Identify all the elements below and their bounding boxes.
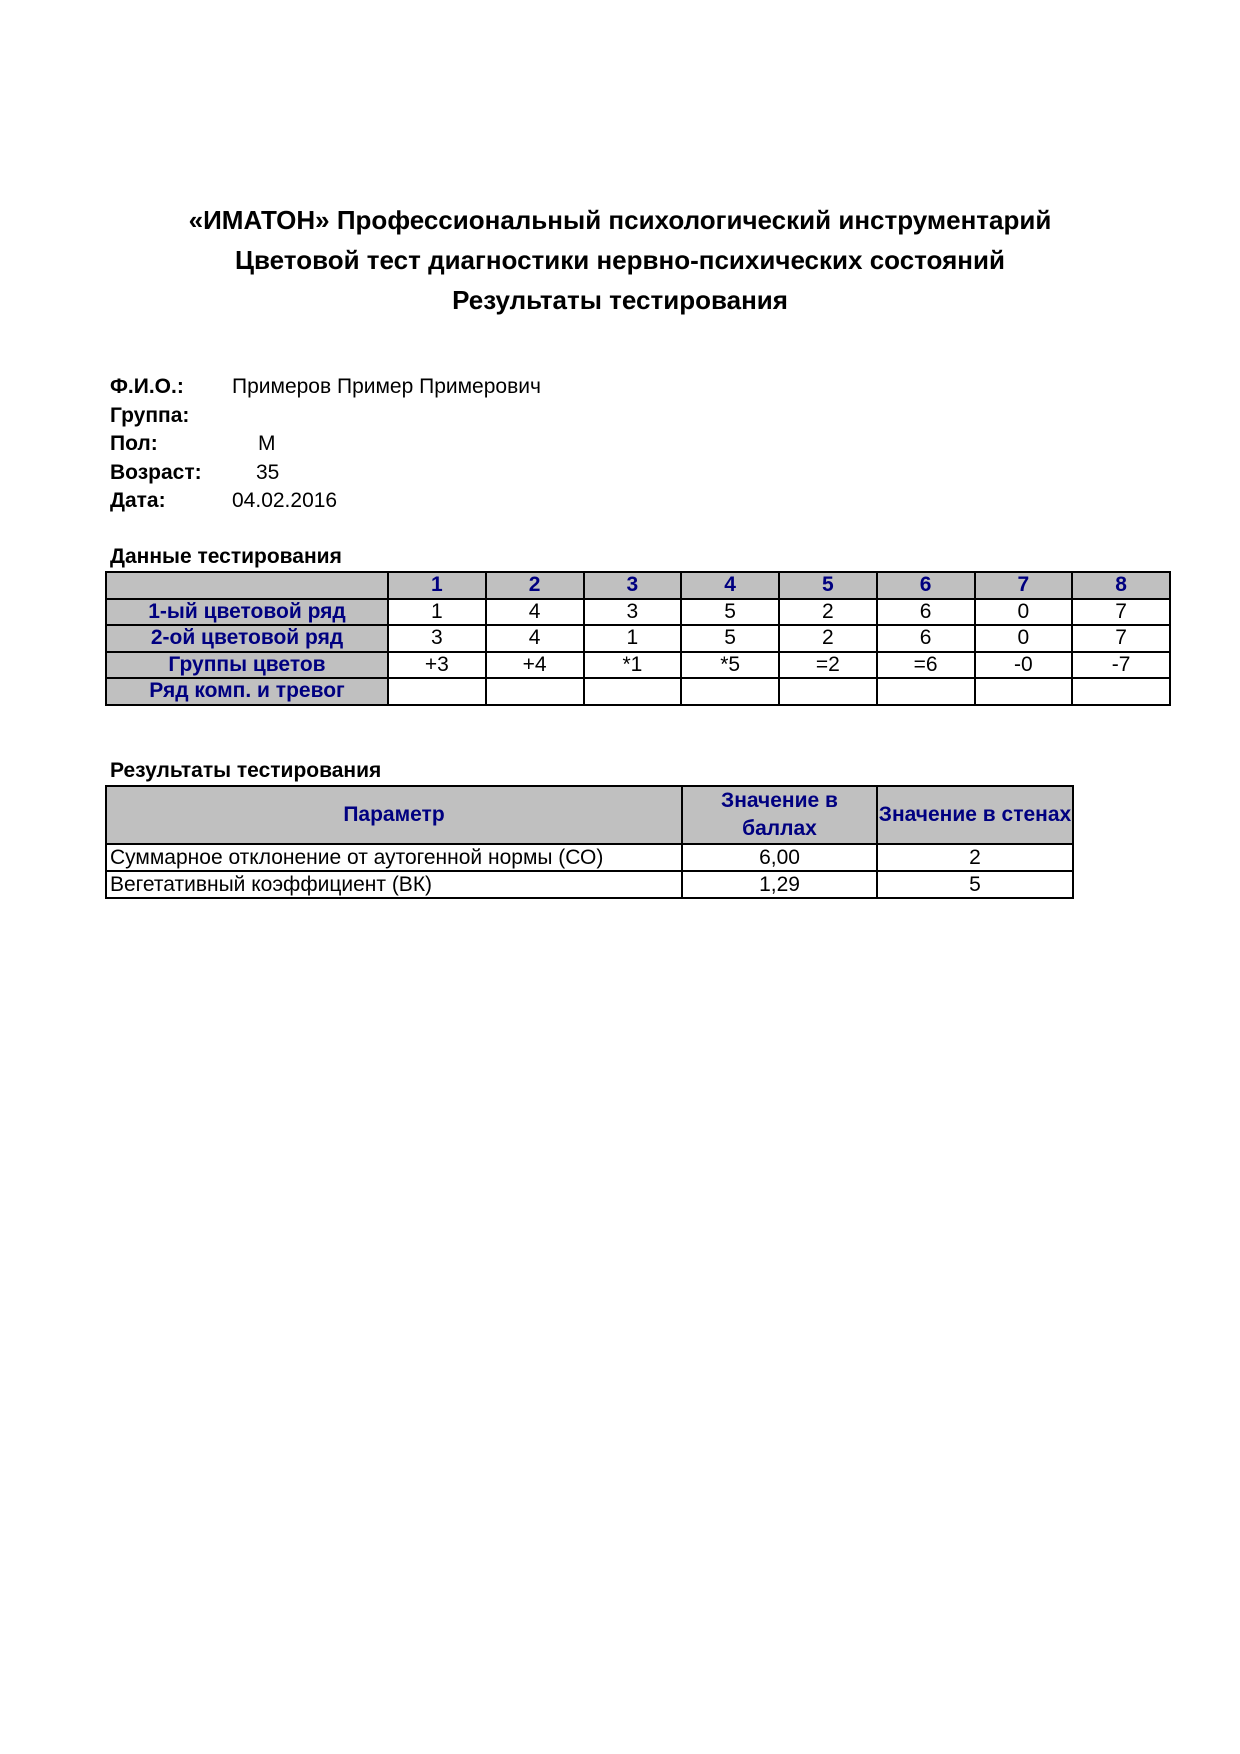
header-parameter: Параметр: [106, 786, 682, 844]
column-header: 4: [681, 572, 779, 599]
data-cell: 0: [975, 625, 1073, 652]
results-title: Результаты тестирования: [110, 759, 381, 783]
column-header: 8: [1072, 572, 1170, 599]
data-cell: 0: [975, 599, 1073, 626]
table-row: Группы цветов+3+4*1*5=2=6-0-7: [106, 652, 1170, 679]
table-row: 1-ый цветовой ряд14352607: [106, 599, 1170, 626]
fio-value: Примеров Пример Примерович: [232, 373, 541, 402]
column-header: 1: [388, 572, 486, 599]
results-table: Параметр Значение в баллах Значение в ст…: [105, 785, 1074, 899]
table-row: Ряд комп. и тревог: [106, 678, 1170, 705]
data-cell: +3: [388, 652, 486, 679]
data-cell: 3: [388, 625, 486, 652]
age-label: Возраст:: [110, 459, 202, 488]
row-label: Ряд комп. и тревог: [106, 678, 388, 705]
data-cell: 7: [1072, 625, 1170, 652]
row-label: 2-ой цветовой ряд: [106, 625, 388, 652]
test-data-table: 123456781-ый цветовой ряд143526072-ой цв…: [105, 571, 1171, 706]
data-cell: [584, 678, 682, 705]
column-header: 2: [486, 572, 584, 599]
data-cell: 1: [388, 599, 486, 626]
test-data-title: Данные тестирования: [110, 545, 342, 569]
data-cell: 5: [681, 625, 779, 652]
sex-value: М: [258, 430, 276, 459]
column-header: 7: [975, 572, 1073, 599]
data-cell: 6: [877, 625, 975, 652]
table-row: 2-ой цветовой ряд34152607: [106, 625, 1170, 652]
table-row: Суммарное отклонение от аутогенной нормы…: [106, 844, 1073, 871]
group-label: Группа:: [110, 402, 189, 431]
data-cell: +4: [486, 652, 584, 679]
column-header: 5: [779, 572, 877, 599]
data-cell: [779, 678, 877, 705]
data-cell: -0: [975, 652, 1073, 679]
header-title-line3: Результаты тестирования: [0, 280, 1240, 320]
header-score: Значение в баллах: [682, 786, 877, 844]
date-value: 04.02.2016: [232, 487, 337, 516]
data-cell: 3: [584, 599, 682, 626]
result-param: Вегетативный коэффициент (ВК): [106, 871, 682, 898]
data-cell: 7: [1072, 599, 1170, 626]
data-cell: *5: [681, 652, 779, 679]
result-score: 6,00: [682, 844, 877, 871]
result-score: 1,29: [682, 871, 877, 898]
data-cell: 2: [779, 599, 877, 626]
data-cell: [975, 678, 1073, 705]
data-cell: [388, 678, 486, 705]
data-cell: 2: [779, 625, 877, 652]
result-sten: 2: [877, 844, 1073, 871]
document-header: «ИМАТОН» Профессиональный психологически…: [0, 200, 1240, 320]
data-cell: =2: [779, 652, 877, 679]
results-header-row: Параметр Значение в баллах Значение в ст…: [106, 786, 1073, 844]
data-cell: 1: [584, 625, 682, 652]
sex-label: Пол:: [110, 430, 158, 459]
header-title-line2: Цветовой тест диагностики нервно-психиче…: [0, 240, 1240, 280]
data-cell: *1: [584, 652, 682, 679]
date-label: Дата:: [110, 487, 166, 516]
result-sten: 5: [877, 871, 1073, 898]
data-cell: =6: [877, 652, 975, 679]
row-label: Группы цветов: [106, 652, 388, 679]
row-label: 1-ый цветовой ряд: [106, 599, 388, 626]
column-header: 6: [877, 572, 975, 599]
data-cell: -7: [1072, 652, 1170, 679]
fio-label: Ф.И.О.:: [110, 373, 184, 402]
header-title-line1: «ИМАТОН» Профессиональный психологически…: [0, 200, 1240, 240]
data-cell: 4: [486, 599, 584, 626]
data-cell: 4: [486, 625, 584, 652]
column-header: 3: [584, 572, 682, 599]
table-row: Вегетативный коэффициент (ВК) 1,29 5: [106, 871, 1073, 898]
age-value: 35: [256, 459, 279, 488]
test-data-header-row: 12345678: [106, 572, 1170, 599]
result-param: Суммарное отклонение от аутогенной нормы…: [106, 844, 682, 871]
data-cell: [877, 678, 975, 705]
data-cell: [486, 678, 584, 705]
data-cell: 6: [877, 599, 975, 626]
data-cell: [681, 678, 779, 705]
data-cell: 5: [681, 599, 779, 626]
data-cell: [1072, 678, 1170, 705]
header-sten: Значение в стенах: [877, 786, 1073, 844]
corner-cell: [106, 572, 388, 599]
